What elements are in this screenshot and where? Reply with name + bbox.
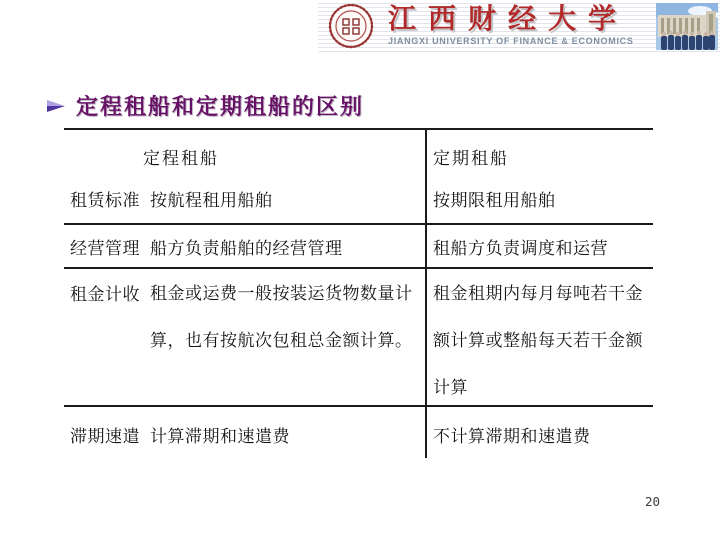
cell-management-voyage: 船方负责船舶的经营管理 [150, 239, 343, 259]
slide-title-text: 定程租船和定期租船的区别 [76, 90, 364, 121]
col-header-time-charter: 定期租船 [433, 149, 509, 169]
university-seal-icon [328, 3, 374, 49]
table-rule-1 [64, 223, 653, 225]
university-banner: 江西财经大学 JIANGXI UNIVERSITY OF FINANCE & E… [318, 0, 720, 52]
university-name-block: 江西财经大学 JIANGXI UNIVERSITY OF FINANCE & E… [388, 4, 658, 46]
comparison-table: 定程租船 定期租船 租赁标准 按航程租用船舶 按期限租用船舶 经营管理 船方负责… [64, 128, 654, 460]
cell-rent-calculation-time: 租金租期内每月每吨若干金额计算或整船每天若干金额计算 [433, 270, 645, 411]
table-rule-2 [64, 267, 653, 269]
cell-rent-calculation-voyage: 租金或运费一般按装运货物数量计算，也有按航次包租总金额计算。 [150, 270, 418, 364]
page-number: 20 [645, 494, 660, 509]
row-label-management: 经营管理 [70, 239, 140, 259]
row-label-rental-basis: 租赁标准 [70, 191, 140, 211]
row-label-rent-calculation: 租金计收 [70, 285, 140, 305]
cell-management-time: 租船方负责调度和运营 [433, 239, 608, 259]
row-label-demurrage-dispatch: 滞期速遣 [70, 427, 140, 447]
col-header-voyage-charter: 定程租船 [143, 149, 219, 169]
cell-rental-basis-voyage: 按航程租用船舶 [150, 191, 273, 211]
campus-photo [656, 3, 718, 50]
cell-rental-basis-time: 按期限租用船舶 [433, 191, 556, 211]
arrow-bullet-icon [46, 98, 66, 114]
table-column-divider [425, 128, 427, 458]
table-border-top [64, 128, 653, 130]
university-name-en: JIANGXI UNIVERSITY OF FINANCE & ECONOMIC… [388, 36, 658, 46]
slide-title: 定程租船和定期租船的区别 [46, 90, 364, 121]
university-name-cn: 江西财经大学 [388, 4, 658, 36]
cell-demurrage-time: 不计算滞期和速遣费 [433, 427, 591, 447]
cell-demurrage-voyage: 计算滞期和速遣费 [150, 427, 290, 447]
